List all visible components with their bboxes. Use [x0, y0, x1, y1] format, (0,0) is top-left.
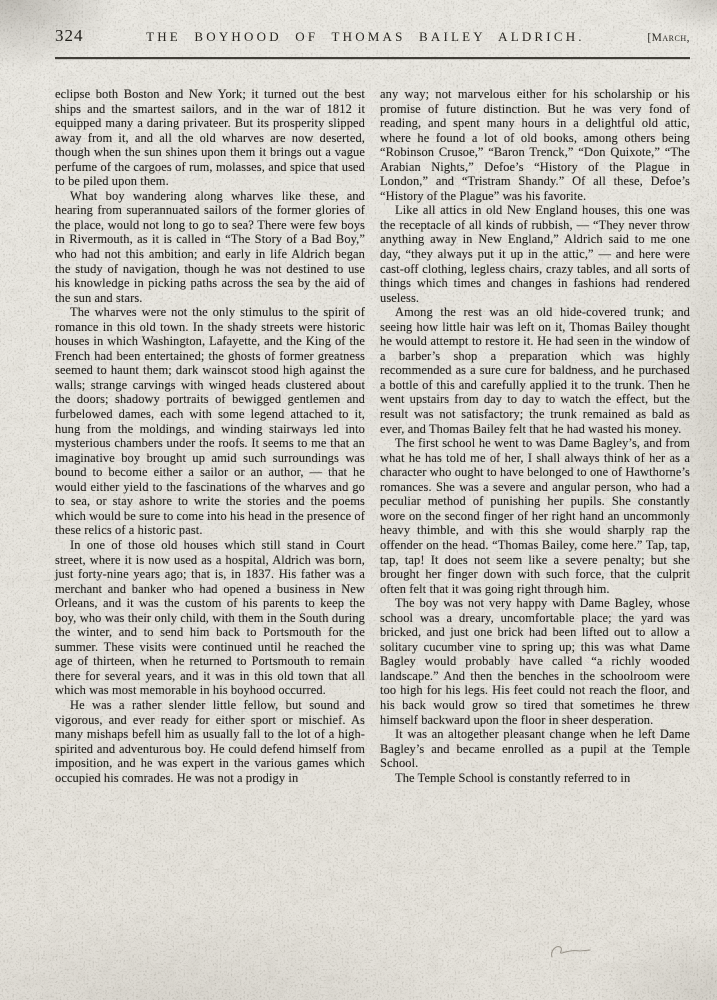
page-number: 324	[55, 26, 84, 46]
scanned-book-page: 324 THE BOYHOOD OF THOMAS BAILEY ALDRICH…	[0, 0, 717, 1000]
paragraph: The boy was not very happy with Dame Bag…	[380, 596, 690, 727]
running-head: 324 THE BOYHOOD OF THOMAS BAILEY ALDRICH…	[55, 26, 690, 50]
header-rule	[55, 57, 690, 59]
paragraph: eclipse both Boston and New York; it tur…	[55, 87, 365, 189]
paragraph: The wharves were not the only stimulus t…	[55, 305, 365, 538]
paragraph: The first school he went to was Dame Bag…	[380, 436, 690, 596]
paragraph: It was an altogether pleasant change whe…	[380, 727, 690, 771]
paragraph: Among the rest was an old hide-covered t…	[380, 305, 690, 436]
issue-label: [March,	[647, 32, 690, 44]
right-column: any way; not marvelous either for his sc…	[380, 87, 690, 785]
page-content: 324 THE BOYHOOD OF THOMAS BAILEY ALDRICH…	[55, 26, 690, 785]
paragraph: any way; not marvelous either for his sc…	[380, 87, 690, 203]
text-columns: eclipse both Boston and New York; it tur…	[55, 87, 690, 785]
paragraph: The Temple School is constantly referred…	[380, 771, 690, 786]
paragraph: Like all attics in old New England house…	[380, 203, 690, 305]
left-column: eclipse both Boston and New York; it tur…	[55, 87, 365, 785]
running-title: THE BOYHOOD OF THOMAS BAILEY ALDRICH.	[146, 29, 585, 45]
paragraph: In one of those old houses which still s…	[55, 538, 365, 698]
paragraph: What boy wandering along wharves like th…	[55, 189, 365, 305]
pencil-squiggle-mark	[548, 942, 594, 962]
paragraph: He was a rather slender little fellow, b…	[55, 698, 365, 785]
